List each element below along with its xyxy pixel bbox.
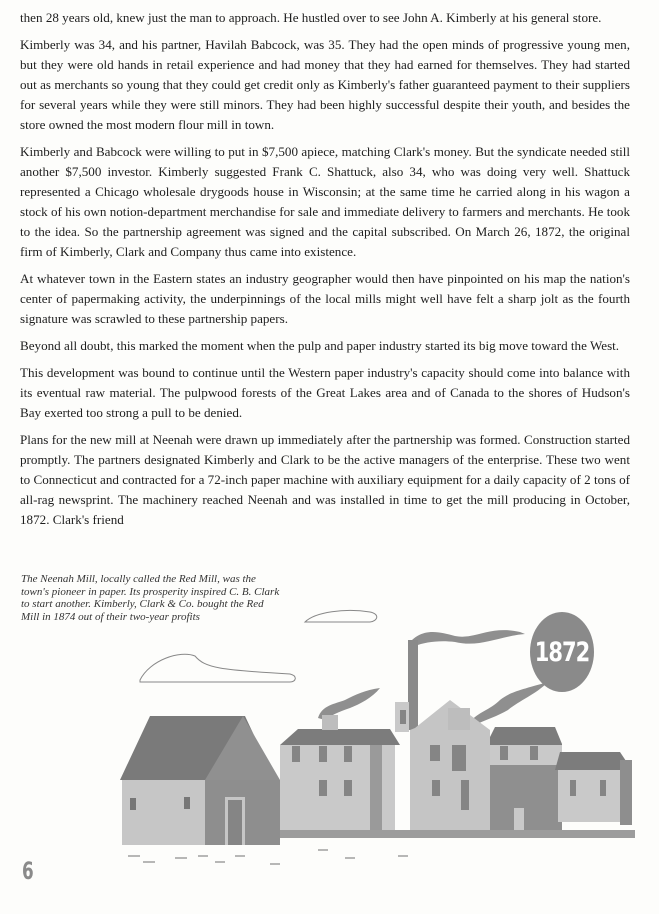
paragraph: then 28 years old, knew just the man to … bbox=[20, 8, 630, 28]
paragraph: At whatever town in the Eastern states a… bbox=[20, 269, 630, 329]
paragraph: Kimberly was 34, and his partner, Havila… bbox=[20, 35, 630, 135]
cloud-icon bbox=[140, 610, 377, 682]
article-body: then 28 years old, knew just the man to … bbox=[20, 8, 630, 537]
paragraph: Beyond all doubt, this marked the moment… bbox=[20, 336, 630, 356]
smoke-icon bbox=[318, 630, 548, 725]
year-badge: 1872 bbox=[530, 612, 594, 692]
paragraph: Plans for the new mill at Neenah were dr… bbox=[20, 430, 630, 530]
paragraph: Kimberly and Babcock were willing to put… bbox=[20, 142, 630, 262]
page-number: 6 bbox=[22, 857, 34, 885]
paragraph: This development was bound to continue u… bbox=[20, 363, 630, 423]
chimney bbox=[408, 640, 418, 730]
